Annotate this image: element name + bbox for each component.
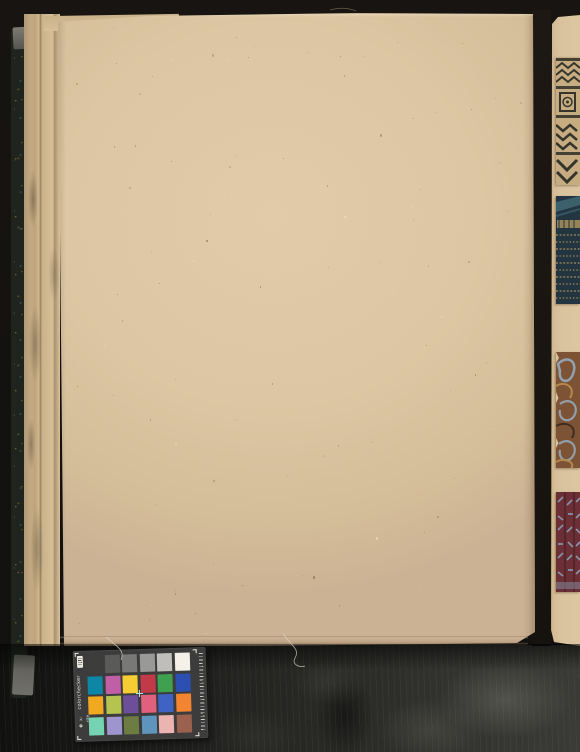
color-patch: [87, 676, 103, 695]
paper-speck: [372, 442, 373, 443]
color-patch: [141, 695, 157, 714]
paper-speck: [213, 480, 215, 482]
paper-speck: [151, 605, 152, 606]
paper-speck: [454, 478, 455, 479]
paper-speck: [171, 59, 172, 61]
paper-speck: [77, 386, 78, 387]
paper-speck: [283, 158, 284, 159]
paper-speck: [338, 445, 339, 447]
paper-speck: [475, 374, 476, 376]
textile-swatch-geometric: [556, 57, 580, 185]
paper-speck: [236, 37, 237, 38]
paper-speck: [195, 613, 196, 614]
color-patch: [176, 694, 192, 713]
color-patch: [141, 715, 157, 734]
paper-speck: [508, 211, 509, 212]
paper-speck: [76, 83, 78, 85]
paper-speck: [227, 60, 228, 61]
paper-speck: [113, 395, 114, 396]
paper-speck: [340, 56, 341, 57]
color-patch: [177, 714, 193, 733]
maroon-pattern-graphic: [556, 492, 580, 592]
paper-speck: [397, 42, 398, 43]
paper-speck: [238, 99, 239, 100]
paper-speck: [307, 52, 308, 53]
paper-speck: [441, 316, 442, 318]
paper-speck: [426, 345, 427, 346]
paper-speck: [471, 109, 472, 110]
colorchecker-badge: [77, 656, 83, 668]
paper-speck: [344, 75, 345, 77]
paper-speck: [437, 516, 439, 518]
brocade-pattern-graphic: [556, 196, 580, 304]
paper-speck: [495, 98, 496, 99]
geometric-pattern-graphic: [556, 57, 580, 185]
paper-speck: [287, 475, 288, 476]
paper-speck: [392, 292, 393, 293]
page-edge-stack: [24, 14, 60, 646]
paper-speck: [159, 283, 160, 284]
color-patch: [157, 653, 173, 672]
paper-speck: [235, 419, 236, 420]
color-patch: [105, 675, 121, 694]
paper-speck: [462, 43, 463, 44]
color-patch: [124, 716, 140, 735]
xrite-brand-label: x-rite: [78, 714, 86, 736]
paper-speck: [419, 586, 420, 587]
paper-speck: [339, 605, 340, 607]
paper-speck: [379, 262, 380, 263]
color-patch: [106, 716, 122, 735]
paper-speck: [229, 166, 231, 168]
color-patch: [139, 654, 155, 673]
paper-speck: [376, 537, 378, 540]
paper-speck: [500, 162, 501, 164]
paper-speck: [260, 286, 261, 288]
paper-speck: [420, 189, 421, 190]
paper-speck: [428, 265, 429, 267]
paper-speck: [135, 145, 136, 147]
paper-fiber: [330, 8, 356, 11]
colorchecker-product-label: colorchecker: [75, 670, 85, 714]
photo-stage: colorchecker x-rite: [0, 0, 580, 752]
paper-speck: [79, 623, 80, 624]
paper-speck: [116, 63, 117, 64]
paper-speck: [129, 187, 131, 189]
paper-speck: [313, 576, 315, 579]
paper-speck: [238, 573, 239, 574]
paper-speck: [193, 260, 194, 262]
paper-speck: [171, 161, 172, 162]
textile-swatch-brocade: [556, 196, 580, 304]
color-patch: [175, 673, 191, 692]
paper-speck: [435, 112, 436, 113]
color-patch: [87, 655, 103, 674]
color-patch: [122, 654, 138, 673]
paper-speck: [178, 604, 179, 605]
paper-speck: [520, 102, 522, 104]
paper-speck: [152, 76, 153, 77]
paper-speck: [424, 532, 425, 533]
paper-speck: [209, 423, 210, 424]
paper-speck: [114, 146, 115, 148]
paper-speck: [453, 510, 454, 511]
color-patch: [88, 696, 104, 715]
paper-speck: [210, 214, 211, 215]
paper-speck: [272, 383, 273, 385]
color-patch: [104, 655, 120, 674]
paper-speck: [175, 590, 176, 591]
paper-speck: [344, 216, 346, 218]
paper-speck: [413, 219, 414, 220]
paper-speck: [490, 426, 491, 427]
blank-left-page: [56, 12, 535, 648]
paper-speck: [327, 185, 328, 187]
textile-swatch-paisley: [556, 352, 580, 468]
color-patch: [158, 694, 174, 713]
colorchecker-card: colorchecker x-rite: [73, 647, 209, 742]
paper-speck: [235, 108, 236, 109]
paper-speck: [413, 118, 414, 119]
paper-speck: [468, 261, 470, 263]
paper-speck: [175, 379, 176, 380]
paper-speck: [231, 194, 232, 196]
color-patch: [175, 652, 191, 671]
paper-speck: [254, 46, 255, 47]
paper-speck: [105, 345, 106, 347]
paper-speck: [156, 504, 157, 505]
paper-speck: [149, 620, 150, 621]
paper-speck: [411, 206, 412, 208]
paper-speck: [150, 419, 151, 421]
paper-speck: [212, 54, 214, 57]
paper-speck: [113, 27, 114, 28]
paper-speck: [380, 134, 382, 137]
color-patch: [158, 674, 174, 693]
color-patch: [89, 717, 105, 736]
colorchecker-ruler-scale: [199, 653, 205, 732]
page-gutter-gap: [532, 10, 551, 646]
paper-speck: [122, 320, 123, 322]
textile-swatch-maroon: [556, 492, 580, 592]
paper-speck: [213, 563, 214, 564]
paper-speck: [486, 362, 487, 364]
paper-speck: [175, 593, 176, 595]
paper-speck: [323, 455, 324, 457]
paper-speck: [236, 155, 237, 156]
paper-speck: [139, 93, 141, 95]
paper-speck: [302, 575, 303, 576]
facing-right-page: [548, 12, 580, 646]
paper-speck: [242, 585, 243, 586]
paper-speck: [117, 294, 118, 295]
xrite-logo-icon: [79, 724, 83, 728]
paisley-pattern-graphic: [556, 352, 580, 468]
color-patch: [106, 696, 122, 715]
paper-speck: [364, 56, 365, 57]
registration-cross-icon: [136, 690, 143, 697]
paper-speck: [505, 465, 506, 466]
crop-mark: [75, 653, 79, 657]
paper-speck: [328, 267, 329, 268]
paper-speck: [206, 240, 208, 242]
crop-mark: [195, 732, 199, 736]
color-patch: [123, 695, 139, 714]
color-patch: [159, 715, 175, 734]
paper-speck: [450, 390, 451, 391]
crop-mark: [77, 736, 81, 740]
paper-speck: [151, 251, 152, 252]
paper-speck: [248, 57, 249, 58]
paper-speck: [175, 442, 177, 445]
crop-mark: [193, 649, 197, 653]
